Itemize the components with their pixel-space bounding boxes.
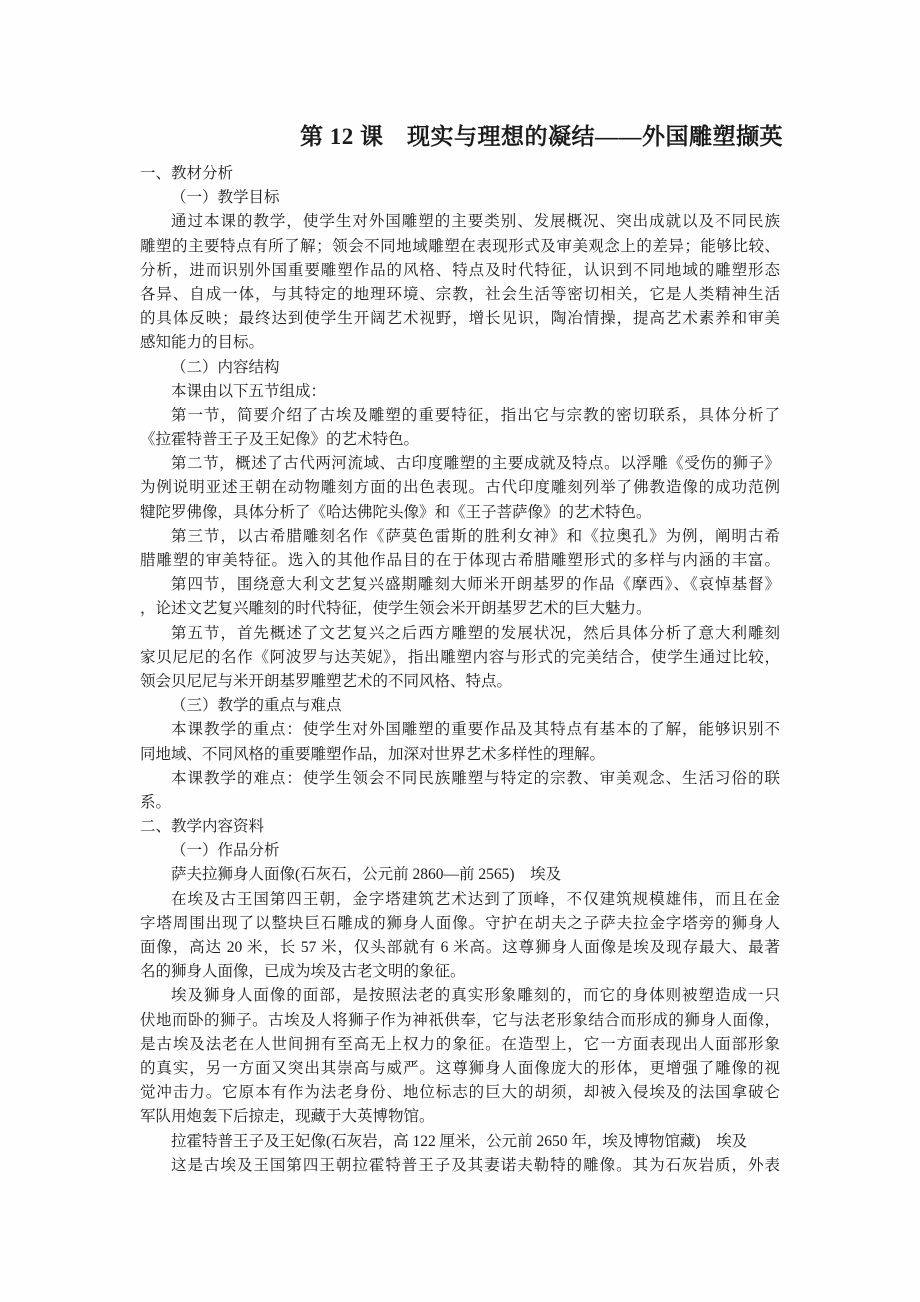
document-page: 第 12 课 现实与理想的凝结——外国雕塑撷英 一、教材分析（一）教学目标通过本… xyxy=(0,0,920,1302)
document-text-line: （二）内容结构 xyxy=(140,356,780,380)
document-text-line: 第一节，简要介绍了古埃及雕塑的重要特征，指出它与宗教的密切联系，具体分析了 xyxy=(140,404,780,428)
document-text-line: 雕塑的主要特点有所了解；领会不同地域雕塑在表现形式及审美观念上的差异；能够比较、 xyxy=(140,235,780,259)
document-text-line: 觉冲击力。它原本有作为法老身份、地位标志的巨大的胡须，却被入侵埃及的法国拿破仑 xyxy=(140,1081,780,1105)
document-text-line: 第四节，围绕意大利文艺复兴盛期雕刻大师米开朗基罗的作品《摩西》、《哀悼基督》 xyxy=(140,573,780,597)
document-text-line: 军队用炮轰下后掠走，现藏于大英博物馆。 xyxy=(140,1105,780,1129)
document-text-line: 《拉霍特普王子及王妃像》的艺术特色。 xyxy=(140,428,780,452)
document-text-line: 各异、自成一体，与其特定的地理环境、宗教，社会生活等密切相关，它是人类精神生活 xyxy=(140,283,780,307)
page-title: 第 12 课 现实与理想的凝结——外国雕塑撷英 xyxy=(140,122,780,152)
document-text-line: 是古埃及法老在人世间拥有至高无上权力的象征。在造型上，它一方面表现出人面部形象 xyxy=(140,1033,780,1057)
document-text-line: 领会贝尼尼与米开朗基罗雕塑艺术的不同风格、特点。 xyxy=(140,670,780,694)
document-text-line: 通过本课的教学，使学生对外国雕塑的主要类别、发展概况、突出成就以及不同民族 xyxy=(140,210,780,234)
document-text-line: 家贝尼尼的名作《阿波罗与达芙妮》，指出雕塑内容与形式的完美结合，使学生通过比较， xyxy=(140,646,780,670)
document-text-line: 感知能力的目标。 xyxy=(140,331,780,355)
document-text-line: （一）作品分析 xyxy=(140,839,780,863)
document-text-line: 字塔周围出现了以整块巨石雕成的狮身人面像。守护在胡夫之子萨夫拉金字塔旁的狮身人 xyxy=(140,912,780,936)
document-text-line: 在埃及古王国第四王朝，金字塔建筑艺术达到了顶峰，不仅建筑规模雄伟，而且在金 xyxy=(140,888,780,912)
document-text-line: 同地域、不同风格的重要雕塑作品，加深对世界艺术多样性的理解。 xyxy=(140,743,780,767)
document-text-line: 分析，进而识别外国重要雕塑作品的风格、特点及时代特征，认识到不同地域的雕塑形态 xyxy=(140,259,780,283)
document-text-line: 腊雕塑的审美特征。选入的其他作品目的在于体现古希腊雕塑形式的多样与内涵的丰富。 xyxy=(140,549,780,573)
document-text-line: 萨夫拉狮身人面像(石灰石，公元前 2860—前 2565) 埃及 xyxy=(140,863,780,887)
document-text-line: 埃及狮身人面像的面部，是按照法老的真实形象雕刻的，而它的身体则被塑造成一只 xyxy=(140,984,780,1008)
document-text-line: 这是古埃及王国第四王朝拉霍特普王子及其妻诺夫勒特的雕像。其为石灰岩质，外表 xyxy=(140,1154,780,1178)
document-text-line: 一、教材分析 xyxy=(140,162,780,186)
document-text-line: 第三节，以古希腊雕刻名作《萨莫色雷斯的胜利女神》和《拉奥孔》为例，阐明古希 xyxy=(140,525,780,549)
document-text-line: （三）教学的重点与难点 xyxy=(140,694,780,718)
document-text-line: 犍陀罗佛像，具体分析了《哈达佛陀头像》和《王子菩萨像》的艺术特色。 xyxy=(140,501,780,525)
document-text-line: 面像，高达 20 米，长 57 米，仅头部就有 6 米高。这尊狮身人面像是埃及现… xyxy=(140,936,780,960)
document-text-line: 的真实，另一方面又突出其崇高与威严。这尊狮身人面像庞大的形体，更增强了雕像的视 xyxy=(140,1057,780,1081)
document-text-line: 本课教学的重点：使学生对外国雕塑的重要作品及其特点有基本的了解，能够识别不 xyxy=(140,718,780,742)
document-text-line: 第五节，首先概述了文艺复兴之后西方雕塑的发展状况，然后具体分析了意大利雕刻 xyxy=(140,622,780,646)
document-text-line: 二、教学内容资料 xyxy=(140,815,780,839)
document-text-line: ，论述文艺复兴雕刻的时代特征，使学生领会米开朗基罗艺术的巨大魅力。 xyxy=(140,597,780,621)
document-text-line: 伏地而卧的狮子。古埃及人将狮子作为神祇供奉，它与法老形象结合而形成的狮身人面像， xyxy=(140,1009,780,1033)
document-text-line: 拉霍特普王子及王妃像(石灰岩，高 122 厘米，公元前 2650 年，埃及博物馆… xyxy=(140,1130,780,1154)
document-text-line: 名的狮身人面像，已成为埃及古老文明的象征。 xyxy=(140,960,780,984)
document-body: 一、教材分析（一）教学目标通过本课的教学，使学生对外国雕塑的主要类别、发展概况、… xyxy=(140,162,780,1178)
document-text-line: 的具体反映；最终达到使学生开阔艺术视野，增长见识，陶冶情操，提高艺术素养和审美 xyxy=(140,307,780,331)
document-text-line: 本课教学的难点：使学生领会不同民族雕塑与特定的宗教、审美观念、生活习俗的联 xyxy=(140,767,780,791)
document-text-line: 第二节，概述了古代两河流域、古印度雕塑的主要成就及特点。以浮雕《受伤的狮子》 xyxy=(140,452,780,476)
document-text-line: 系。 xyxy=(140,791,780,815)
document-text-line: 为例说明亚述王朝在动物雕刻方面的出色表现。古代印度雕刻列举了佛教造像的成功范例 xyxy=(140,476,780,500)
document-text-line: 本课由以下五节组成： xyxy=(140,380,780,404)
document-text-line: （一）教学目标 xyxy=(140,186,780,210)
